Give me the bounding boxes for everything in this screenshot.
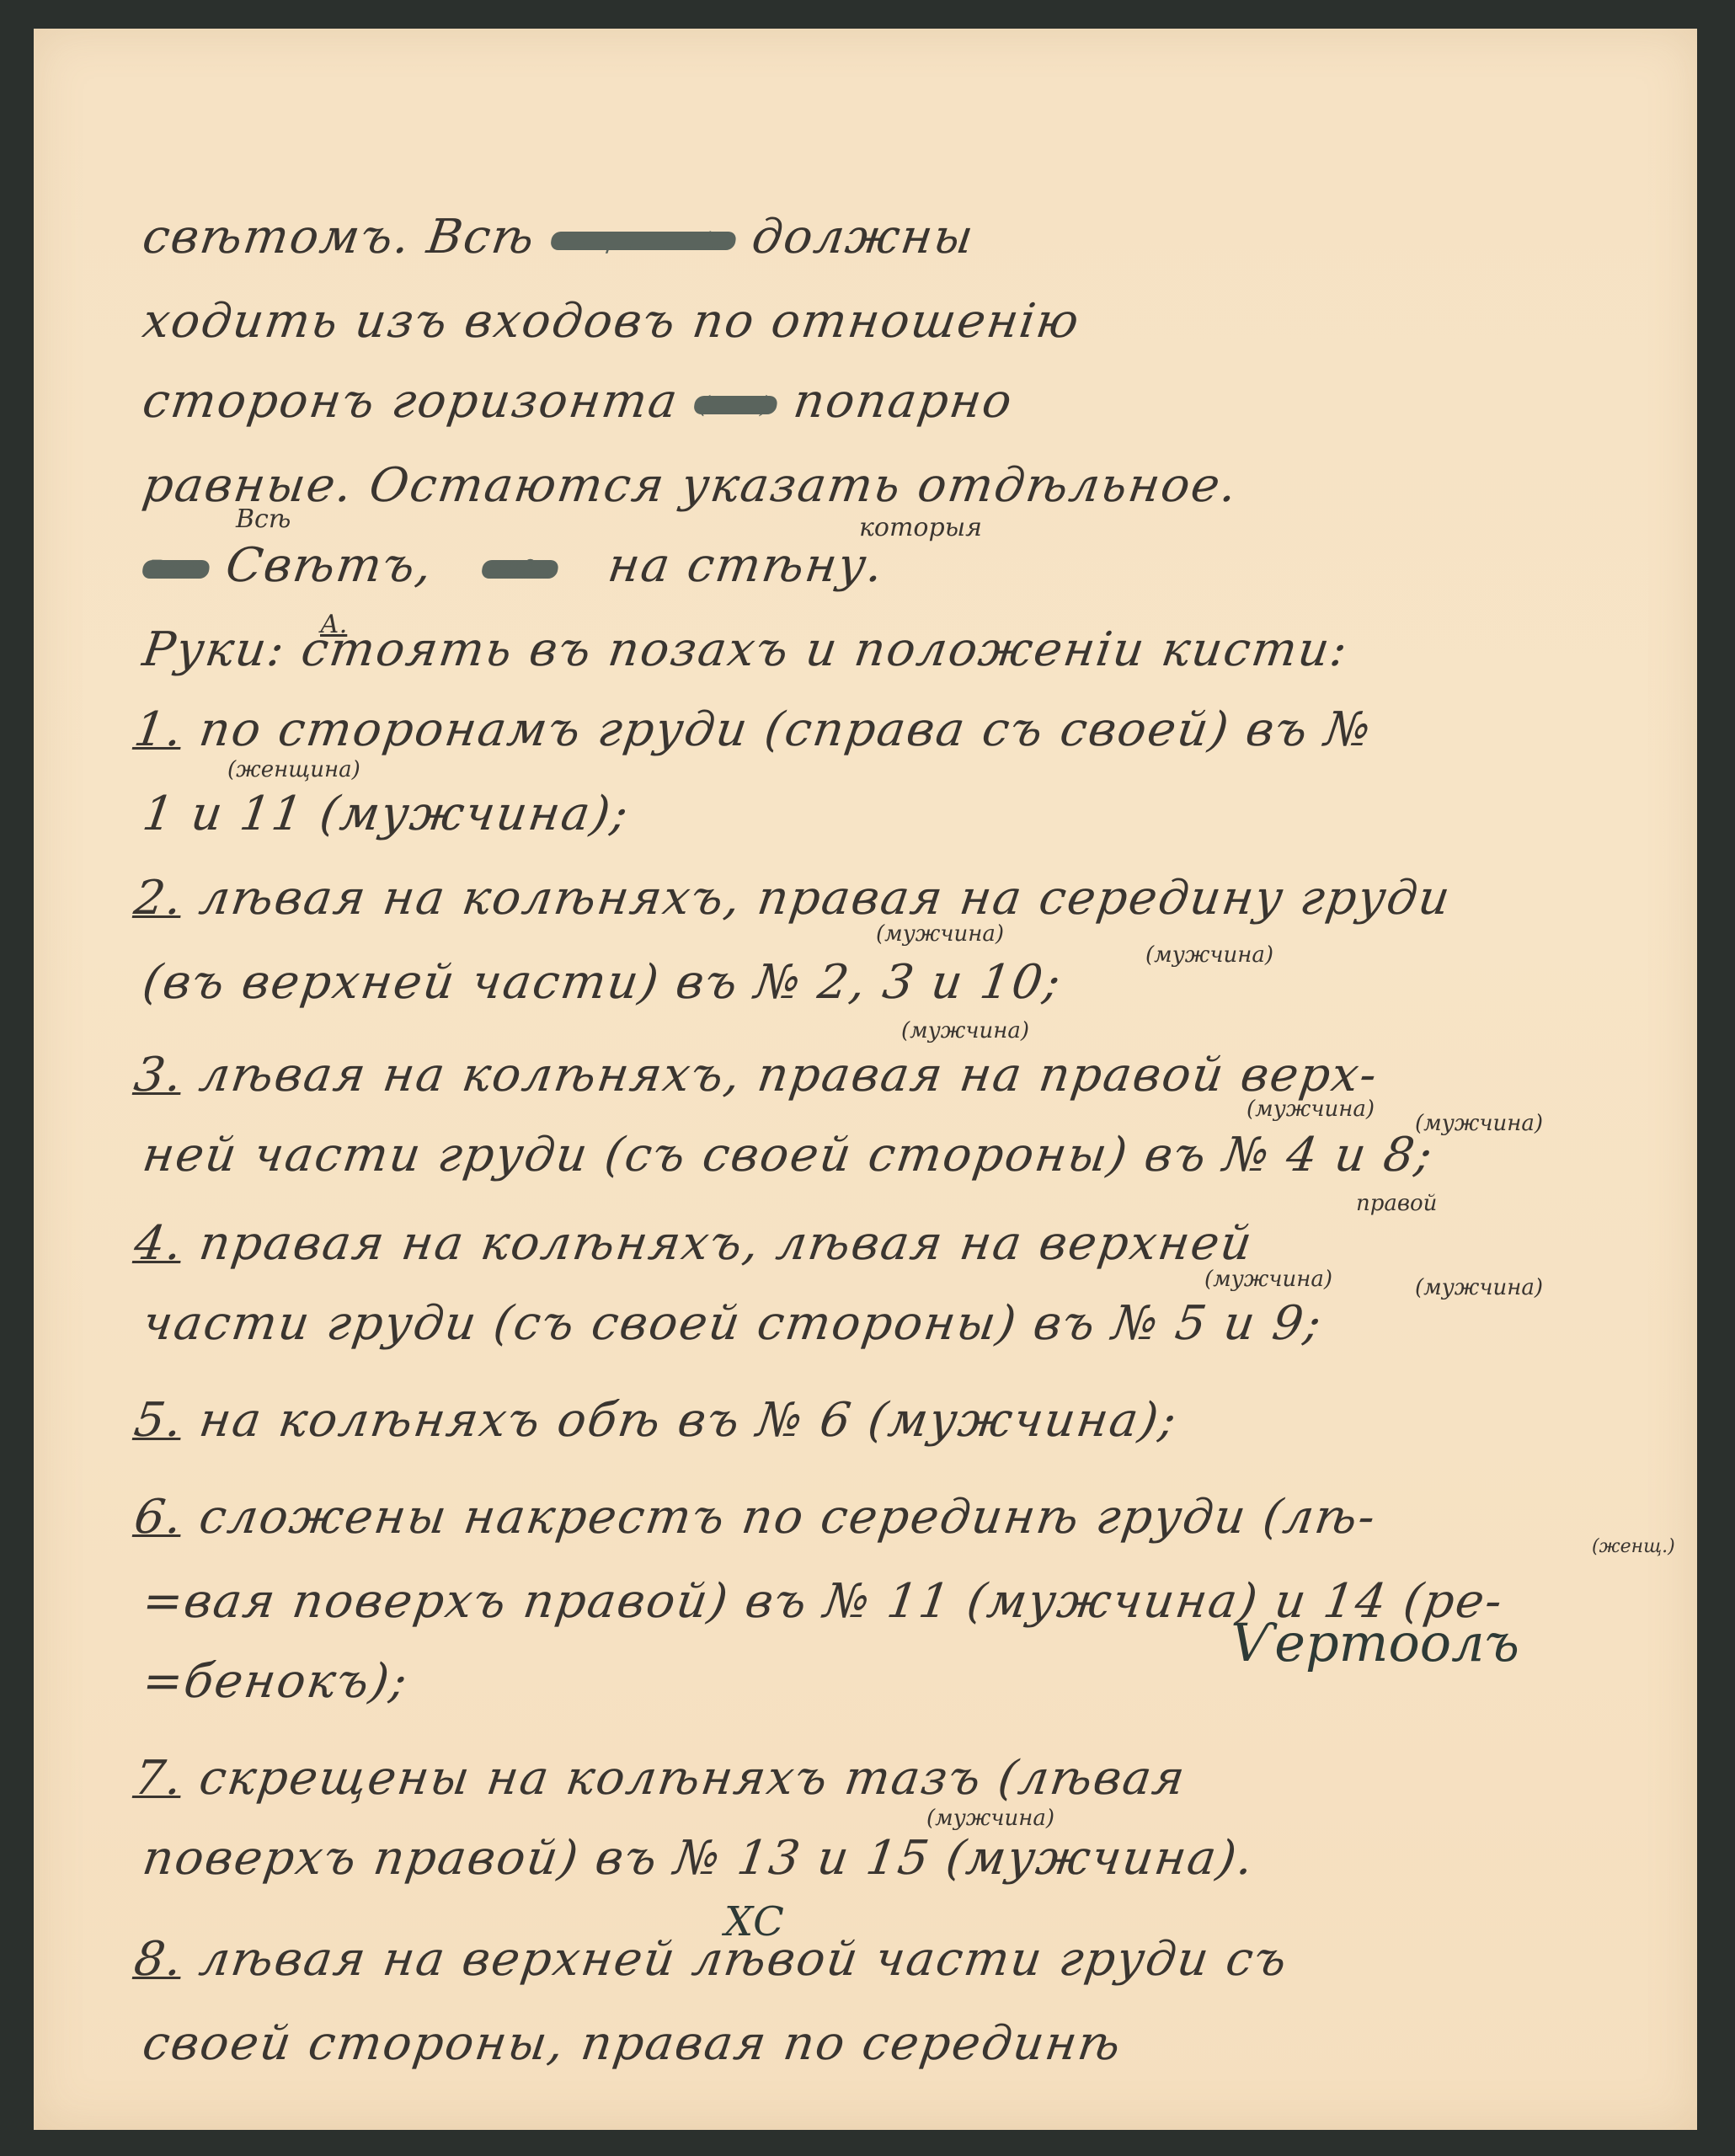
item-number: 3. — [131, 1048, 187, 1102]
line-text: на колѣняхъ обѣ въ № 6 (мужчина); — [196, 1393, 1181, 1448]
text-line-11: 3. лѣвая на колѣняхъ, правая на правой в… — [131, 1048, 1381, 1102]
text-line-7: 1. по сторонамъ груди (справа съ своей) … — [131, 702, 1375, 757]
line-text: ходить изъ входовъ по отношенію — [139, 294, 1083, 349]
text-line-15: 5. на колѣняхъ обѣ въ № 6 (мужчина); — [131, 1393, 1181, 1448]
line-text: =бенокъ); — [139, 1654, 411, 1709]
text-line-6: Руки: стоять въ позахъ и положенiи кисти… — [139, 622, 1352, 677]
item-number: 1. — [131, 702, 187, 757]
text-line-21: 8. лѣвая на верхней лѣвой части груди съ — [131, 1932, 1291, 1987]
line-text: (въ верхней части) въ № 2, 3 и 10; — [139, 955, 1065, 1010]
line-text-after: на стѣну. — [605, 538, 888, 593]
item-number: 4. — [131, 1216, 187, 1271]
item-number: 5. — [131, 1393, 187, 1448]
annotation: (мужчина) — [876, 921, 1004, 947]
line-text: Руки: стоять въ позахъ и положенiи кисти… — [139, 622, 1352, 677]
line-text-after: попарно — [790, 374, 1017, 429]
text-line-13: 4. правая на колѣняхъ, лѣвая на верхней — [131, 1216, 1257, 1271]
line-text: лѣвая на колѣняхъ, правая на правой верх… — [196, 1048, 1382, 1102]
line-text: 1 и 11 (мужчина); — [139, 787, 633, 841]
struck-word: надо — [481, 560, 559, 579]
text-line-22: своей стороны, правая по серединѣ — [139, 2016, 1125, 2071]
line-text: Свѣтъ, — [222, 538, 436, 593]
struck-word: (……) — [693, 396, 778, 414]
text-line-10: (въ верхней части) въ № 2, 3 и 10; — [139, 955, 1065, 1010]
line-text-after: должны — [749, 210, 978, 264]
text-line-9: 2. лѣвая на колѣняхъ, правая на середину… — [131, 871, 1455, 926]
text-line-14: части груди (съ своей стороны) въ № 5 и … — [139, 1296, 1326, 1351]
line-text: лѣвая на колѣняхъ, правая на середину гр… — [196, 871, 1455, 926]
line-text: сложены накрестъ по серединѣ груди (лѣ- — [196, 1490, 1380, 1545]
line-text: правая на колѣняхъ, лѣвая на верхней — [196, 1216, 1257, 1271]
line-text: поверхъ правой) въ № 13 и 15 (мужчина). — [139, 1831, 1257, 1886]
text-line-4: равные. Остаются указать отдѣльное. — [139, 458, 1241, 513]
line-text: скрещены на колѣняхъ тазъ (лѣвая — [196, 1751, 1190, 1806]
annotation: (мужчина) — [1247, 1097, 1375, 1122]
item-number: 7. — [131, 1751, 187, 1806]
line-text: ней части груди (съ своей стороны) въ № … — [139, 1128, 1437, 1182]
line-text: части груди (съ своей стороны) въ № 5 и … — [139, 1296, 1326, 1351]
struck-word: Всѣ — [141, 560, 211, 579]
text-line-19: 7. скрещены на колѣняхъ тазъ (лѣвая — [131, 1751, 1189, 1806]
text-line-2: ходить изъ входовъ по отношенію — [139, 294, 1083, 349]
correction-above: правой — [1356, 1191, 1437, 1216]
item-number: 6. — [131, 1490, 187, 1545]
annotation: (мужчина) — [1204, 1267, 1332, 1292]
annotation: (женщ.) — [1592, 1536, 1675, 1557]
text-line-3: сторонъ горизонта (……) попарно — [139, 374, 1017, 429]
correction-above: Всѣ — [236, 504, 291, 534]
line-text: лѣвая на верхней лѣвой части груди съ — [196, 1932, 1292, 1987]
annotation: (мужчина) — [1145, 942, 1273, 968]
text-line-18: =бенокъ); — [139, 1654, 411, 1709]
line-text: по сторонамъ груди (справа съ своей) въ … — [196, 702, 1375, 757]
signature-flourish: Ѵертоолъ — [1230, 1612, 1519, 1673]
text-line-5: Всѣ Свѣтъ, надо на стѣну. — [139, 538, 888, 593]
line-text: своей стороны, правая по серединѣ — [139, 2016, 1125, 2071]
text-line-16: 6. сложены накрестъ по серединѣ груди (л… — [131, 1490, 1380, 1545]
text-line-8: 1 и 11 (мужчина); — [139, 787, 633, 841]
annotation: (мужчина) — [901, 1018, 1029, 1043]
line-text: равные. Остаются указать отдѣльное. — [139, 458, 1241, 513]
text-line-1: свѣтомъ. Всѣ направленія должны — [139, 210, 978, 264]
text-line-20: поверхъ правой) въ № 13 и 15 (мужчина). — [139, 1831, 1257, 1886]
annotation: (мужчина) — [926, 1806, 1054, 1831]
item-number: 8. — [131, 1932, 187, 1987]
manuscript-page: свѣтомъ. Всѣ направленія должны ходить и… — [34, 29, 1697, 2130]
line-text: сторонъ горизонта — [139, 374, 681, 429]
item-number: 2. — [131, 871, 187, 926]
text-line-12: ней части груди (съ своей стороны) въ № … — [139, 1128, 1437, 1182]
annotation: (женщина) — [227, 757, 360, 782]
struck-word: направленія — [550, 232, 737, 250]
line-text: свѣтомъ. Всѣ — [139, 210, 539, 264]
annotation: (мужчина) — [1415, 1275, 1543, 1300]
